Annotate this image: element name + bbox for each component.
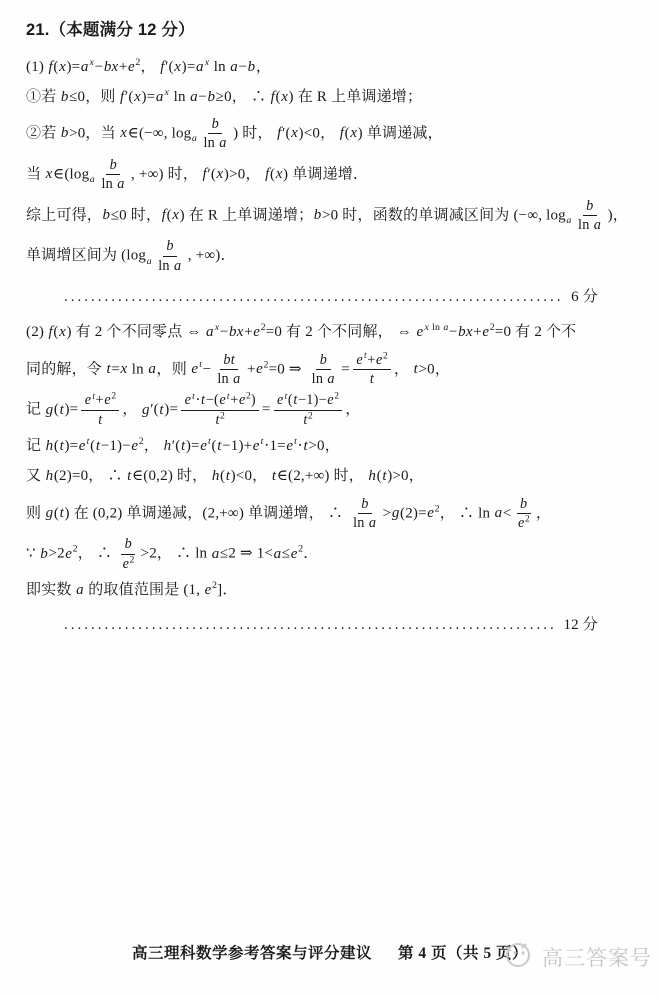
solution-line: 记 h(t)=et(t−1)−e2， h′(t)=et(t−1)+et⋅1=et… xyxy=(26,435,638,458)
document-page: 21.（本题满分 12 分）(1) f(x)=ax−bx+e2， f′(x)=a… xyxy=(0,0,660,997)
dotted-leader: ........................................… xyxy=(64,286,561,309)
solution-line: 同的解，令 t=x ln a，则 et−btln a+e2=0 ⇒ bln a=… xyxy=(26,352,638,388)
solution-line: 综上可得，b≤0 时，f(x) 在 R 上单调递增；b>0 时，函数的单调减区间… xyxy=(26,198,638,234)
solution-line: (1) f(x)=ax−bx+e2， f′(x)=ax ln a−b， xyxy=(26,56,638,79)
score-label: 12 分 xyxy=(563,614,598,637)
solution-line: 单调增区间为 (logabln a, +∞)． xyxy=(26,238,638,274)
footer-doc-title: 高三理科数学参考答案与评分建议 xyxy=(132,945,372,962)
solution-line: ①若 b≤0，则 f′(x)=ax ln a−b≥0， ∴ f(x) 在 R 上… xyxy=(26,86,638,109)
solution-line: (2) f(x) 有 2 个不同零点 ⇔ ax−bx+e2=0 有 2 个不同解… xyxy=(26,321,638,344)
dotted-leader: ........................................… xyxy=(64,614,553,637)
solution-line: 当 x∈(logabln a, +∞) 时， f′(x)>0， f(x) 单调递… xyxy=(26,157,638,193)
score-line: ........................................… xyxy=(26,282,638,313)
watermark-logo-icon xyxy=(502,939,542,975)
solution-line: 即实数 a 的取值范围是 (1, e2]． xyxy=(26,579,638,602)
solution-line: ②若 b>0，当 x∈(−∞, logabln a) 时， f′(x)<0， f… xyxy=(26,116,638,152)
score-label: 6 分 xyxy=(571,286,598,309)
problem-heading: 21.（本题满分 12 分） xyxy=(26,18,638,44)
watermark-label: 高三答案号 xyxy=(542,942,652,972)
solution-line: 记 g(t)=et+e2t， g′(t)=et⋅t−(et+e2)t2=et(t… xyxy=(26,392,638,428)
solution-line: 则 g(t) 在 (0,2) 单调递减，(2,+∞) 单调递增， ∴ bln a… xyxy=(26,496,638,532)
solution-line: ∵ b>2e2， ∴ be2>2， ∴ ln a≤2 ⇒ 1<a≤e2． xyxy=(26,536,638,572)
solution-line: 又 h(2)=0， ∴ t∈(0,2) 时， h(t)<0， t∈(2,+∞) … xyxy=(26,465,638,488)
footer: 高三理科数学参考答案与评分建议第 4 页（共 5 页） 高三答案号 xyxy=(0,941,660,971)
solution-body: 21.（本题满分 12 分）(1) f(x)=ax−bx+e2， f′(x)=a… xyxy=(26,18,638,642)
watermark: 高三答案号 xyxy=(502,939,652,975)
score-line: ........................................… xyxy=(26,610,638,641)
